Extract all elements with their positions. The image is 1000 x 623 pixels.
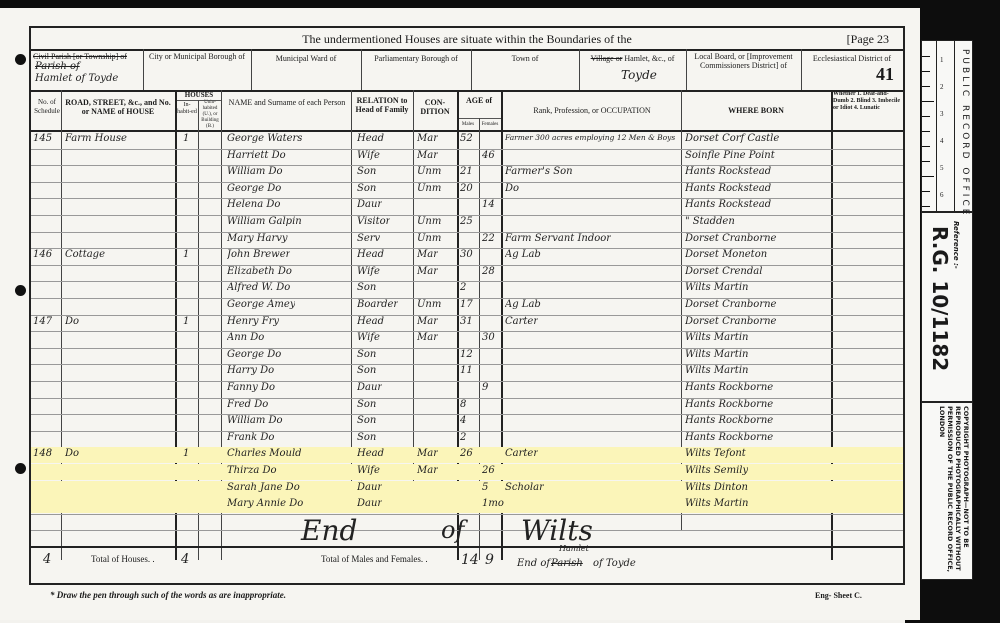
col-age: AGE of: [457, 96, 501, 105]
inhabited-count: 1: [183, 249, 189, 260]
occupation: Carter: [505, 316, 538, 327]
punch-hole: [15, 463, 26, 474]
inhabited-count: 1: [183, 133, 189, 144]
female-age: 1mo: [482, 498, 504, 509]
table-row: George DoSon12Wilts Martin: [31, 348, 903, 364]
where-born: Hants Rockborne: [685, 399, 773, 410]
relation: Son: [357, 365, 376, 376]
condition: Unm: [417, 299, 441, 310]
ruler-scale: [922, 41, 937, 211]
person-name: Mary Harvy: [227, 233, 288, 244]
table-row: William DoSon4Hants Rockborne: [31, 414, 903, 430]
person-name: William Do: [227, 166, 283, 177]
col-uninhabited: Unin-habited (U.), or Building (B.): [199, 100, 221, 130]
where-born: Hants Rockstead: [685, 183, 771, 194]
condition: Mar: [417, 133, 438, 144]
where-born: Wilts Tefont: [685, 448, 746, 459]
ecclesiastical-district-label: Ecclesiastical District of: [801, 54, 903, 63]
occupation: Farmer 300 acres employing 12 Men & Boys: [505, 133, 675, 142]
table-row: 147Do1Henry FryHeadMar31CarterDorset Cra…: [31, 315, 903, 331]
table-row: Mary HarvyServUnm22Farm Servant IndoorDo…: [31, 232, 903, 248]
where-born: Hants Rockborne: [685, 432, 773, 443]
inhabited-count: 1: [183, 448, 189, 459]
male-age: 52: [460, 133, 473, 144]
person-name: John Brewer: [227, 249, 290, 260]
relation: Son: [357, 282, 376, 293]
male-age: 30: [460, 249, 473, 260]
col-schedule: No. of Schedule: [33, 98, 61, 116]
table-row: 148Do1Charles MouldHeadMar26CarterWilts …: [31, 447, 903, 463]
schedule-number: 147: [33, 316, 52, 327]
civil-parish-value-struck: Parish of: [35, 61, 80, 72]
person-name: Ann Do: [227, 332, 264, 343]
where-born: Wilts Martin: [685, 498, 748, 509]
person-name: George Do: [227, 183, 281, 194]
municipal-borough-label: City or Municipal Borough of: [143, 52, 251, 61]
female-age: 9: [482, 382, 488, 393]
end-note-of: of: [441, 516, 464, 544]
col-houses: HOUSES: [177, 91, 221, 100]
female-age: 30: [482, 332, 495, 343]
end-note-county: Wilts: [521, 514, 593, 547]
col-inhabited: In-habit-ed: [177, 102, 197, 116]
condition: Unm: [417, 233, 441, 244]
where-born: Wilts Martin: [685, 282, 748, 293]
schedule-number: 148: [33, 448, 52, 459]
relation: Son: [357, 183, 376, 194]
table-row: Helena DoDaur14Hants Rockstead: [31, 198, 903, 214]
where-born: Hants Rockstead: [685, 166, 771, 177]
civil-parish-label: Civil Parish [or Township] of: [33, 52, 141, 61]
female-age: 46: [482, 150, 495, 161]
table-row: George DoSonUnm20DoHants Rockstead: [31, 182, 903, 198]
relation: Wife: [357, 465, 380, 476]
relation: Head: [357, 133, 384, 144]
where-born: Dorset Corf Castle: [685, 133, 779, 144]
male-age: 11: [460, 365, 473, 376]
col-age-males: Males: [457, 120, 479, 129]
condition: Mar: [417, 332, 438, 343]
schedule-number: 145: [33, 133, 52, 144]
table-row: Harriett DoWifeMar46Soinfle Pine Point: [31, 149, 903, 165]
relation: Wife: [357, 332, 380, 343]
census-form: The undermentioned Houses are situate wi…: [29, 26, 905, 585]
relation: Serv: [357, 233, 380, 244]
female-age: 14: [482, 199, 495, 210]
punch-hole: [15, 54, 26, 65]
female-age: 22: [482, 233, 495, 244]
relation: Visitor: [357, 216, 390, 227]
male-age: 17: [460, 299, 473, 310]
where-born: Dorset Cranborne: [685, 233, 776, 244]
end-of-place: of Toyde: [593, 558, 636, 569]
occupation: Farmer's Son: [505, 166, 573, 177]
table-row: Fred DoSon8Hants Rockborne: [31, 398, 903, 414]
male-age: 26: [460, 448, 473, 459]
relation: Wife: [357, 266, 380, 277]
inhabited-count: 1: [183, 316, 189, 327]
col-condition: CON-DITION: [413, 98, 457, 116]
hamlet-value: Toyde: [621, 68, 657, 82]
person-name: George Waters: [227, 133, 302, 144]
relation: Head: [357, 448, 384, 459]
table-row: 146Cottage1John BrewerHeadMar30Ag LabDor…: [31, 248, 903, 264]
relation: Son: [357, 349, 376, 360]
total-males: 14: [461, 552, 479, 568]
where-born: Dorset Crendal: [685, 266, 762, 277]
table-row: William GalpinVisitorUnm25" Stadden: [31, 215, 903, 231]
where-born: Hants Rockborne: [685, 382, 773, 393]
col-name: NAME and Surname of each Person: [223, 98, 351, 107]
condition: Mar: [417, 266, 438, 277]
col-age-females: Females: [479, 120, 501, 129]
male-age: 8: [460, 399, 466, 410]
female-age: 28: [482, 266, 495, 277]
table-row: Sarah Jane DoDaur5ScholarWilts Dinton: [31, 481, 903, 497]
condition: Mar: [417, 465, 438, 476]
person-name: William Do: [227, 415, 283, 426]
male-age: 2: [460, 282, 466, 293]
table-row: Fanny DoDaur9Hants Rockborne: [31, 381, 903, 397]
person-name: Fred Do: [227, 399, 268, 410]
male-age: 21: [460, 166, 473, 177]
relation: Son: [357, 415, 376, 426]
relation: Wife: [357, 150, 380, 161]
table-row: William DoSonUnm21Farmer's SonHants Rock…: [31, 165, 903, 181]
relation: Boarder: [357, 299, 398, 310]
condition: Unm: [417, 183, 441, 194]
end-note-end: End: [301, 514, 357, 547]
record-office-ruler: 1 2 3 4 5 6 PUBLIC RECORD OFFICE Referen…: [921, 40, 973, 580]
punch-hole: [15, 285, 26, 296]
hamlet-label: Village or Hamlet, &c., of: [579, 54, 686, 63]
ruler-title: PUBLIC RECORD OFFICE: [960, 49, 970, 217]
end-of-label: End of: [517, 558, 550, 569]
where-born: Dorset Moneton: [685, 249, 767, 260]
occupation: Farm Servant Indoor: [505, 233, 611, 244]
relation: Daur: [357, 382, 382, 393]
condition: Unm: [417, 166, 441, 177]
municipal-ward-label: Municipal Ward of: [251, 54, 361, 63]
table-row: Harry DoSon11Wilts Martin: [31, 364, 903, 380]
where-born: Wilts Martin: [685, 349, 748, 360]
table-row: Frank DoSon2Hants Rockborne: [31, 431, 903, 447]
local-board-label: Local Board, or [Improvement Commissione…: [686, 52, 801, 70]
male-age: 20: [460, 183, 473, 194]
where-born: Wilts Martin: [685, 332, 748, 343]
where-born: Hants Rockstead: [685, 199, 771, 210]
reference-label: Reference :-: [952, 221, 960, 269]
total-houses-inhabited: 4: [181, 552, 189, 567]
where-born: Hants Rockborne: [685, 415, 773, 426]
occupation: Do: [505, 183, 519, 194]
road-or-house: Cottage: [65, 249, 105, 260]
where-born: Dorset Cranborne: [685, 299, 776, 310]
occupation: Scholar: [505, 482, 544, 493]
schedule-number: 146: [33, 249, 52, 260]
where-born: Soinfle Pine Point: [685, 150, 775, 161]
occupation: Ag Lab: [505, 299, 541, 310]
male-age: 2: [460, 432, 466, 443]
occupation: Ag Lab: [505, 249, 541, 260]
relation: Son: [357, 166, 376, 177]
col-road: ROAD, STREET, &c., and No. or NAME of HO…: [63, 98, 173, 116]
where-born: Wilts Martin: [685, 365, 748, 376]
person-name: Harriett Do: [227, 150, 286, 161]
person-name: Mary Annie Do: [227, 498, 303, 509]
person-name: Fanny Do: [227, 382, 275, 393]
person-name: Elizabeth Do: [227, 266, 292, 277]
relation: Head: [357, 249, 384, 260]
table-row: Mary Annie DoDaur1moWilts Martin: [31, 497, 903, 513]
table-row: George AmeyBoarderUnm17Ag LabDorset Cran…: [31, 298, 903, 314]
col-where-born: WHERE BORN: [683, 106, 829, 115]
condition: Unm: [417, 216, 441, 227]
total-houses-label: Total of Houses. .: [91, 554, 155, 564]
relation: Daur: [357, 199, 382, 210]
table-row: Alfred W. DoSon2Wilts Martin: [31, 281, 903, 297]
person-name: Thirza Do: [227, 465, 277, 476]
relation: Son: [357, 432, 376, 443]
table-row: 145Farm House1George WatersHeadMar52Farm…: [31, 132, 903, 148]
total-females: 9: [485, 552, 494, 568]
page-banner: The undermentioned Houses are situate wi…: [31, 32, 903, 47]
person-name: Helena Do: [227, 199, 280, 210]
female-age: 26: [482, 465, 495, 476]
col-infirmity: Whether 1. Deaf-and-Dumb 2. Blind 3. Imb…: [833, 91, 901, 112]
relation: Son: [357, 399, 376, 410]
male-age: 4: [460, 415, 466, 426]
where-born: Dorset Cranborne: [685, 316, 776, 327]
page-number: [Page 23: [847, 32, 889, 47]
parliamentary-borough-label: Parliamentary Borough of: [361, 54, 471, 63]
col-occupation: Rank, Profession, or OCCUPATION: [503, 106, 681, 115]
end-of-struck: Parish: [551, 558, 583, 569]
occupation: Carter: [505, 448, 538, 459]
total-persons-label: Total of Males and Females. .: [321, 554, 428, 564]
table-row: Thirza DoWifeMar26Wilts Semily: [31, 464, 903, 480]
table-row: Elizabeth DoWifeMar28Dorset Crendal: [31, 265, 903, 281]
condition: Mar: [417, 150, 438, 161]
road-or-house: Do: [65, 448, 79, 459]
where-born: Wilts Dinton: [685, 482, 748, 493]
person-name: Harry Do: [227, 365, 274, 376]
relation: Daur: [357, 482, 382, 493]
person-name: Sarah Jane Do: [227, 482, 300, 493]
person-name: Alfred W. Do: [227, 282, 290, 293]
male-age: 31: [460, 316, 473, 327]
road-or-house: Farm House: [65, 133, 127, 144]
sheet-code: Eng- Sheet C.: [815, 591, 862, 600]
person-name: George Amey: [227, 299, 295, 310]
road-or-house: Do: [65, 316, 79, 327]
person-name: Frank Do: [227, 432, 274, 443]
relation: Head: [357, 316, 384, 327]
condition: Mar: [417, 316, 438, 327]
total-houses-count: 4: [43, 552, 51, 567]
reference-number: R.G. 10/1182: [928, 226, 952, 371]
female-age: 5: [482, 482, 488, 493]
condition: Mar: [417, 448, 438, 459]
person-name: Henry Fry: [227, 316, 279, 327]
male-age: 12: [460, 349, 473, 360]
person-name: George Do: [227, 349, 281, 360]
civil-parish-value: Hamlet of Toyde: [35, 73, 118, 84]
town-label: Town of: [471, 54, 579, 63]
person-name: William Galpin: [227, 216, 302, 227]
copyright-notice: COPYRIGHT PHOTOGRAPH—NOT TO BE REPRODUCE…: [938, 406, 970, 576]
condition: Mar: [417, 249, 438, 260]
col-relation: RELATION to Head of Family: [351, 96, 413, 114]
where-born: Wilts Semily: [685, 465, 748, 476]
where-born: " Stadden: [685, 216, 735, 227]
footnote: * Draw the pen through such of the words…: [50, 590, 286, 600]
district-number: 41: [876, 64, 894, 85]
ruler-cm-boxes: 1 2 3 4 5 6: [936, 41, 955, 211]
person-name: Charles Mould: [227, 448, 302, 459]
table-row: Ann DoWifeMar30Wilts Martin: [31, 331, 903, 347]
relation: Daur: [357, 498, 382, 509]
male-age: 25: [460, 216, 473, 227]
end-of-inserted: Hamlet: [559, 544, 589, 553]
